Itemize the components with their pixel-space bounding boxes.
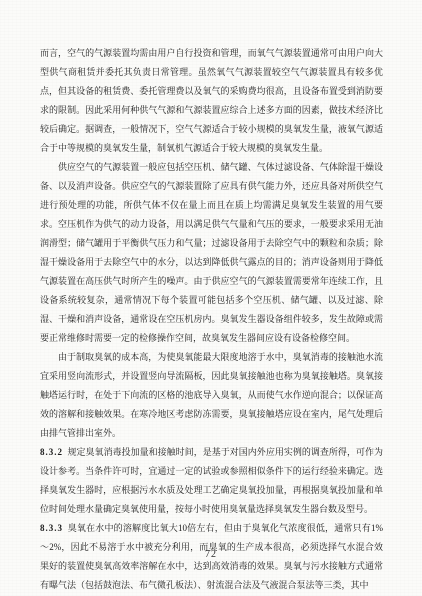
section-8-3-2: 8.3.2规定臭氧消毒投加量和接触时间，是基于对国内外应用实例的调查所得，可作为… xyxy=(40,443,383,519)
paragraph-continuation: 而言，空气的气源装置均需由用户自行投资和管理，而氧气气源装置通常可由用户向大型供… xyxy=(40,44,383,158)
paragraph-air-source-equipment: 供应空气的气源装置一般应包括空压机、储气罐、气体过滤设备、气体除湿干燥设备、以及… xyxy=(40,158,383,348)
page-number: 72 xyxy=(0,549,422,560)
section-number: 8.3.2 xyxy=(40,447,63,457)
paragraph-ozone-contact-tower: 由于制取臭氧的成本高，为使臭氧能最大限度地溶于水中，臭氧消毒的接触池水流宜采用竖… xyxy=(40,348,383,443)
section-number: 8.3.3 xyxy=(40,523,63,533)
body-text: 而言，空气的气源装置均需由用户自行投资和管理，而氧气气源装置通常可由用户向大型供… xyxy=(40,44,383,595)
document-page: 而言，空气的气源装置均需由用户自行投资和管理，而氧气气源装置通常可由用户向大型供… xyxy=(0,0,422,596)
section-text: 规定臭氧消毒投加量和接触时间，是基于对国内外应用实例的调查所得，可作为设计参考。… xyxy=(40,447,383,514)
